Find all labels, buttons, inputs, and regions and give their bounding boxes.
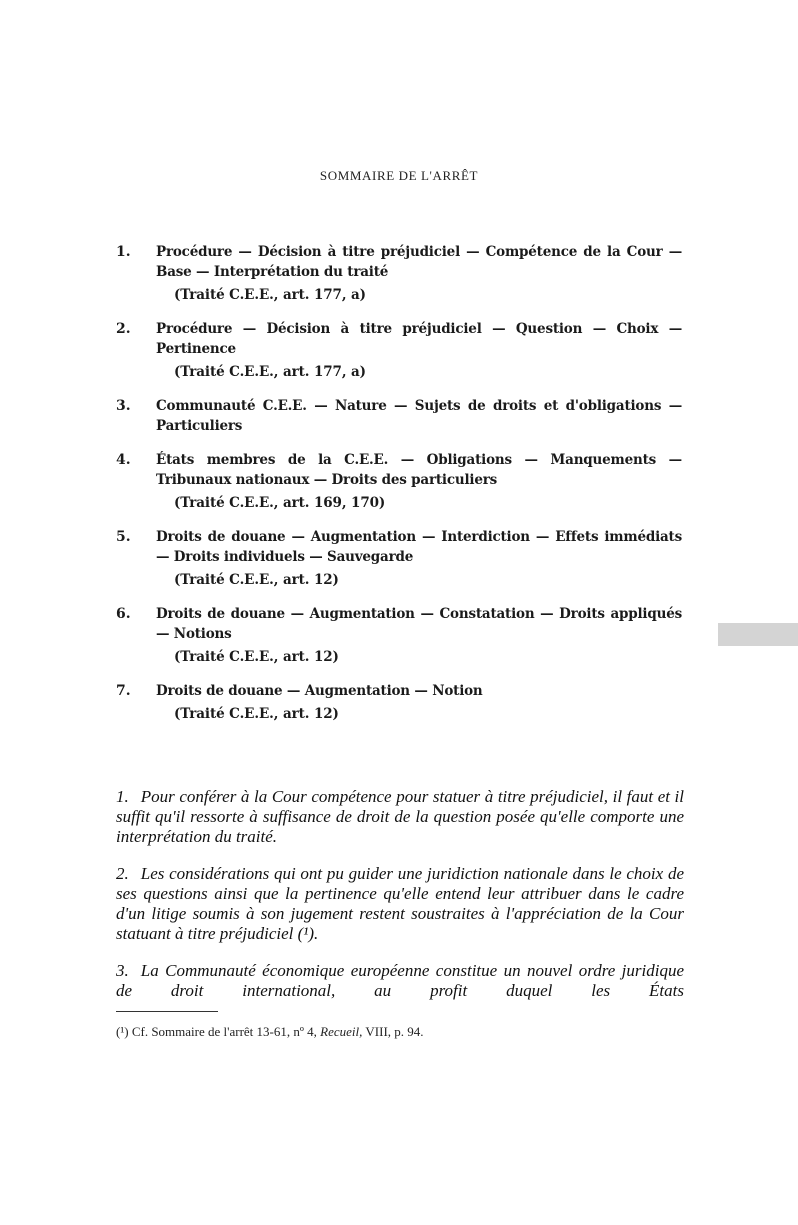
footnote-italic: Recueil, xyxy=(320,1024,362,1039)
paragraph-text: Pour conférer à la Cour compétence pour … xyxy=(116,787,684,846)
item-number: 6. xyxy=(116,604,131,624)
list-item: 2. Procédure — Décision à titre préjudic… xyxy=(116,319,682,382)
list-item: 1. Procédure — Décision à titre préjudic… xyxy=(116,242,682,305)
summary-paragraph: 3.La Communauté économique européenne co… xyxy=(116,961,684,1001)
item-number: 5. xyxy=(116,527,131,547)
item-reference: (Traité C.E.E., art. 177, a) xyxy=(174,285,682,305)
summary-paragraph: 1.Pour conférer à la Cour compétence pou… xyxy=(116,787,684,847)
list-item: 3. Communauté C.E.E. — Nature — Sujets d… xyxy=(116,396,682,436)
paragraph-number: 2. xyxy=(116,864,129,883)
item-reference: (Traité C.E.E., art. 12) xyxy=(174,647,682,667)
paragraph-number: 1. xyxy=(116,787,129,806)
summary-paragraphs: 1.Pour conférer à la Cour compétence pou… xyxy=(116,770,684,1015)
footnote-divider xyxy=(116,1011,218,1012)
list-item: 4. États membres de la C.E.E. — Obligati… xyxy=(116,450,682,513)
paragraph-number: 3. xyxy=(116,961,129,980)
list-item: 5. Droits de douane — Augmentation — Int… xyxy=(116,527,682,590)
footnote-text-end: VIII, p. 94. xyxy=(362,1024,423,1039)
item-heading: Procédure — Décision à titre préjudiciel… xyxy=(156,319,682,359)
summary-items-list: 1. Procédure — Décision à titre préjudic… xyxy=(116,242,682,738)
item-number: 2. xyxy=(116,319,131,339)
item-heading: Procédure — Décision à titre préjudiciel… xyxy=(156,242,682,282)
item-reference: (Traité C.E.E., art. 177, a) xyxy=(174,362,682,382)
footnote: (¹) Cf. Sommaire de l'arrêt 13-61, nº 4,… xyxy=(116,1024,424,1040)
item-heading: Droits de douane — Augmentation — Consta… xyxy=(156,604,682,644)
item-heading: Droits de douane — Augmentation — Notion xyxy=(156,681,682,701)
scan-gray-bar xyxy=(718,623,798,646)
item-number: 4. xyxy=(116,450,131,470)
item-reference: (Traité C.E.E., art. 12) xyxy=(174,570,682,590)
item-number: 1. xyxy=(116,242,131,262)
paragraph-text: La Communauté économique européenne cons… xyxy=(116,961,684,1000)
item-number: 7. xyxy=(116,681,131,701)
summary-paragraph: 2.Les considérations qui ont pu guider u… xyxy=(116,864,684,944)
item-reference: (Traité C.E.E., art. 169, 170) xyxy=(174,493,682,513)
list-item: 6. Droits de douane — Augmentation — Con… xyxy=(116,604,682,667)
footnote-text: Cf. Sommaire de l'arrêt 13-61, nº 4, xyxy=(129,1024,321,1039)
footnote-marker: (¹) xyxy=(116,1024,129,1039)
page-title: SOMMAIRE DE L'ARRÊT xyxy=(0,168,798,184)
item-number: 3. xyxy=(116,396,131,416)
item-reference: (Traité C.E.E., art. 12) xyxy=(174,704,682,724)
document-page: SOMMAIRE DE L'ARRÊT 1. Procédure — Décis… xyxy=(0,0,798,1225)
paragraph-text: Les considérations qui ont pu guider une… xyxy=(116,864,684,943)
item-heading: États membres de la C.E.E. — Obligations… xyxy=(156,450,682,490)
item-heading: Droits de douane — Augmentation — Interd… xyxy=(156,527,682,567)
list-item: 7. Droits de douane — Augmentation — Not… xyxy=(116,681,682,724)
item-heading: Communauté C.E.E. — Nature — Sujets de d… xyxy=(156,396,682,436)
